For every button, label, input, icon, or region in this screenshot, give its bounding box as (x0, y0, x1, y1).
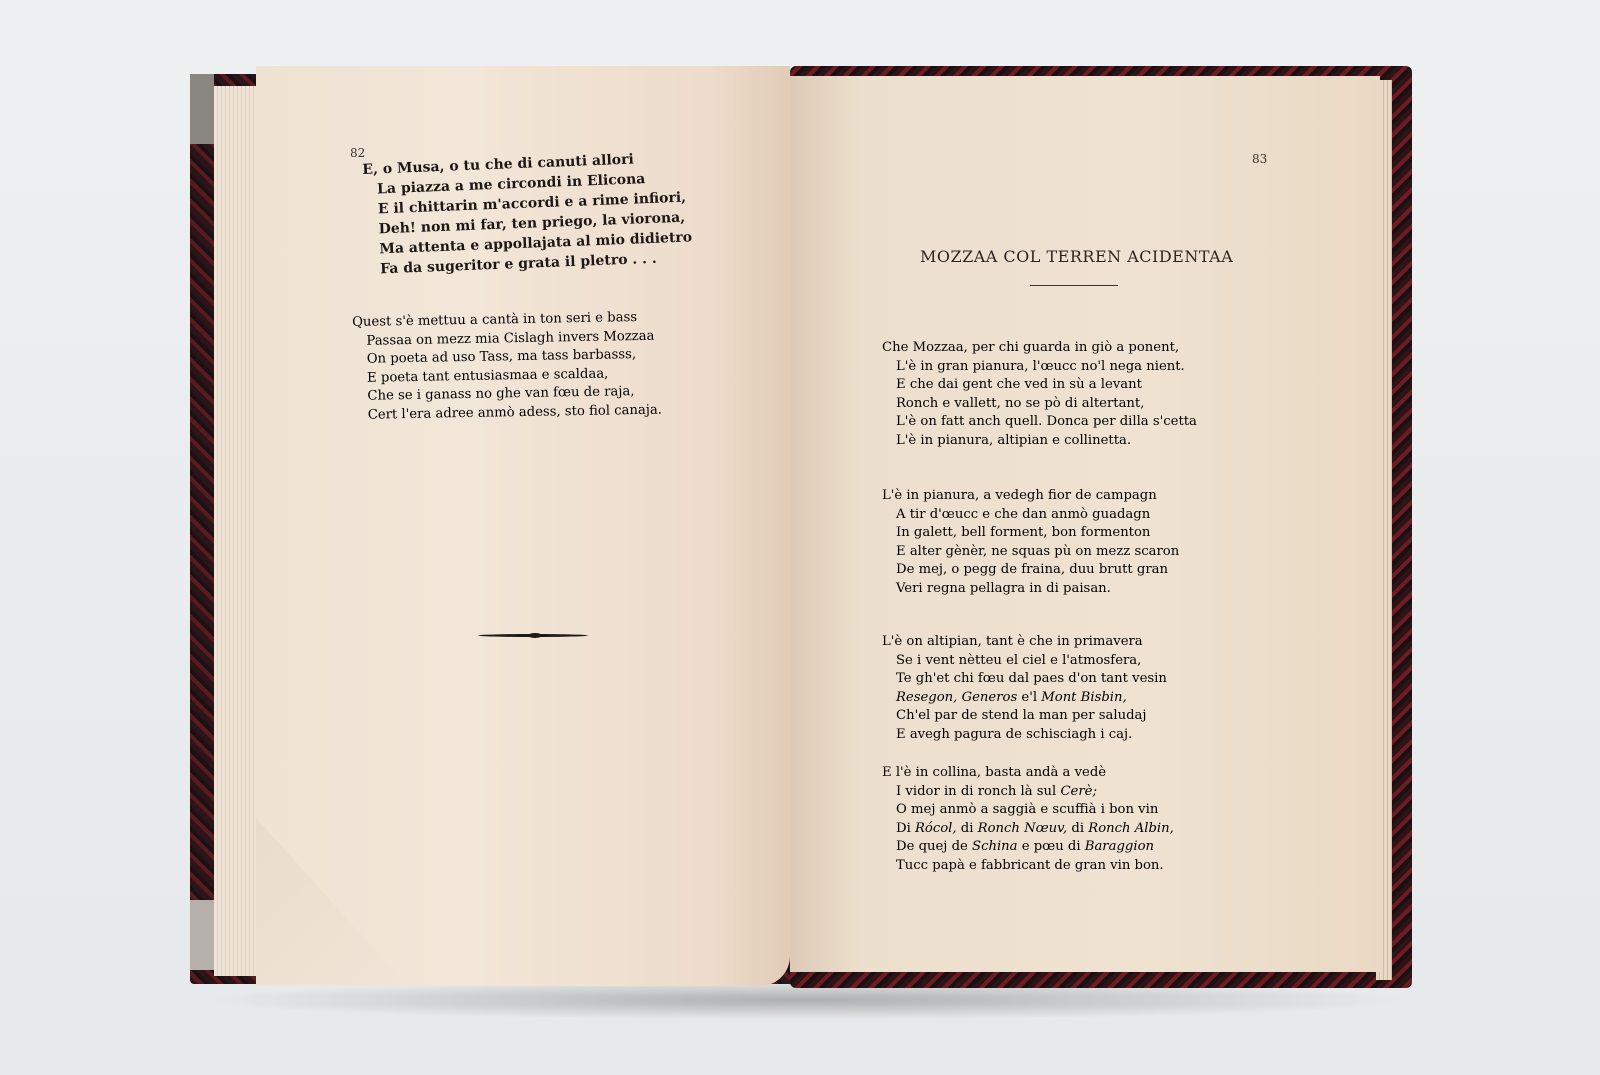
verse-line: A tir d'œucc e che dan anmò guadagn (882, 506, 1179, 525)
page-number-right: 83 (1252, 152, 1267, 166)
verse-line: O mej anmò a saggià e scuffià i bon vin (882, 801, 1174, 820)
verse-line: Ronch e vallett, no se pò di altertant, (882, 395, 1197, 414)
verse-line: L'è in gran pianura, l'œucc no'l nega ni… (882, 358, 1197, 377)
verse-line: In galett, bell forment, bon formenton (882, 524, 1179, 543)
stanza: L'è on altipian, tant è che in primavera… (882, 633, 1167, 745)
cover-corner-top (190, 74, 214, 144)
stanza: L'è in pianura, a vedegh fior de campagn… (882, 487, 1179, 599)
verse-line: E l'è in collina, basta andà a vedè (882, 764, 1174, 783)
left-stanza: Quest s'è mettuu a cantà in ton seri e b… (352, 309, 662, 426)
verse-line: L'è in pianura, a vedegh fior de campagn (882, 487, 1179, 506)
verse-line: L'è on fatt anch quell. Donca per dilla … (882, 413, 1197, 432)
verse-line: De mej, o pegg de fraina, duu brutt gran (882, 561, 1179, 580)
verse-line: Se i vent nètteu el ciel e l'atmosfera, (882, 652, 1167, 671)
verse-line: Tucc papà e fabbricant de gran vin bon. (882, 857, 1174, 876)
verse-line: Te gh'et chi fœu dal paes d'on tant vesi… (882, 670, 1167, 689)
verse-line: E alter gènèr, ne squas pù on mezz scaro… (882, 543, 1179, 562)
title-rule (1030, 285, 1118, 286)
page-number-left: 82 (350, 146, 365, 160)
verse-line: Veri regna pellagra in di paisan. (882, 580, 1179, 599)
verse-line: Di Rócol, di Ronch Nœuv, di Ronch Albin, (882, 820, 1174, 839)
ornamental-rule (478, 634, 588, 637)
cover-corner-bottom (190, 900, 214, 970)
poem-title: MOZZAA COL TERREN ACIDENTAA (920, 247, 1233, 266)
verse-line: E che dai gent che ved in sù a levant (882, 376, 1197, 395)
verse-line: Ch'el par de stend la man per saludaj (882, 707, 1167, 726)
verse-line: Resegon, Generos e'l Mont Bisbin, (882, 689, 1167, 708)
bold-stanza: E, o Musa, o tu che di canuti alloriLa p… (362, 147, 693, 279)
verse-line: E avegh pagura de schisciagh i caj. (882, 726, 1167, 745)
verse-line: Che Mozzaa, per chi guarda in giò a pone… (882, 339, 1197, 358)
verse-line: L'è in pianura, altipian e collinetta. (882, 432, 1197, 451)
verse-line: L'è on altipian, tant è che in primavera (882, 633, 1167, 652)
verse-line: I vidor in di ronch là sul Cerè; (882, 783, 1174, 802)
stanza: Che Mozzaa, per chi guarda in giò a pone… (882, 339, 1197, 451)
stanza: E l'è in collina, basta andà a vedèI vid… (882, 764, 1174, 876)
verse-line: De quej de Schina e pœu di Baraggion (882, 838, 1174, 857)
